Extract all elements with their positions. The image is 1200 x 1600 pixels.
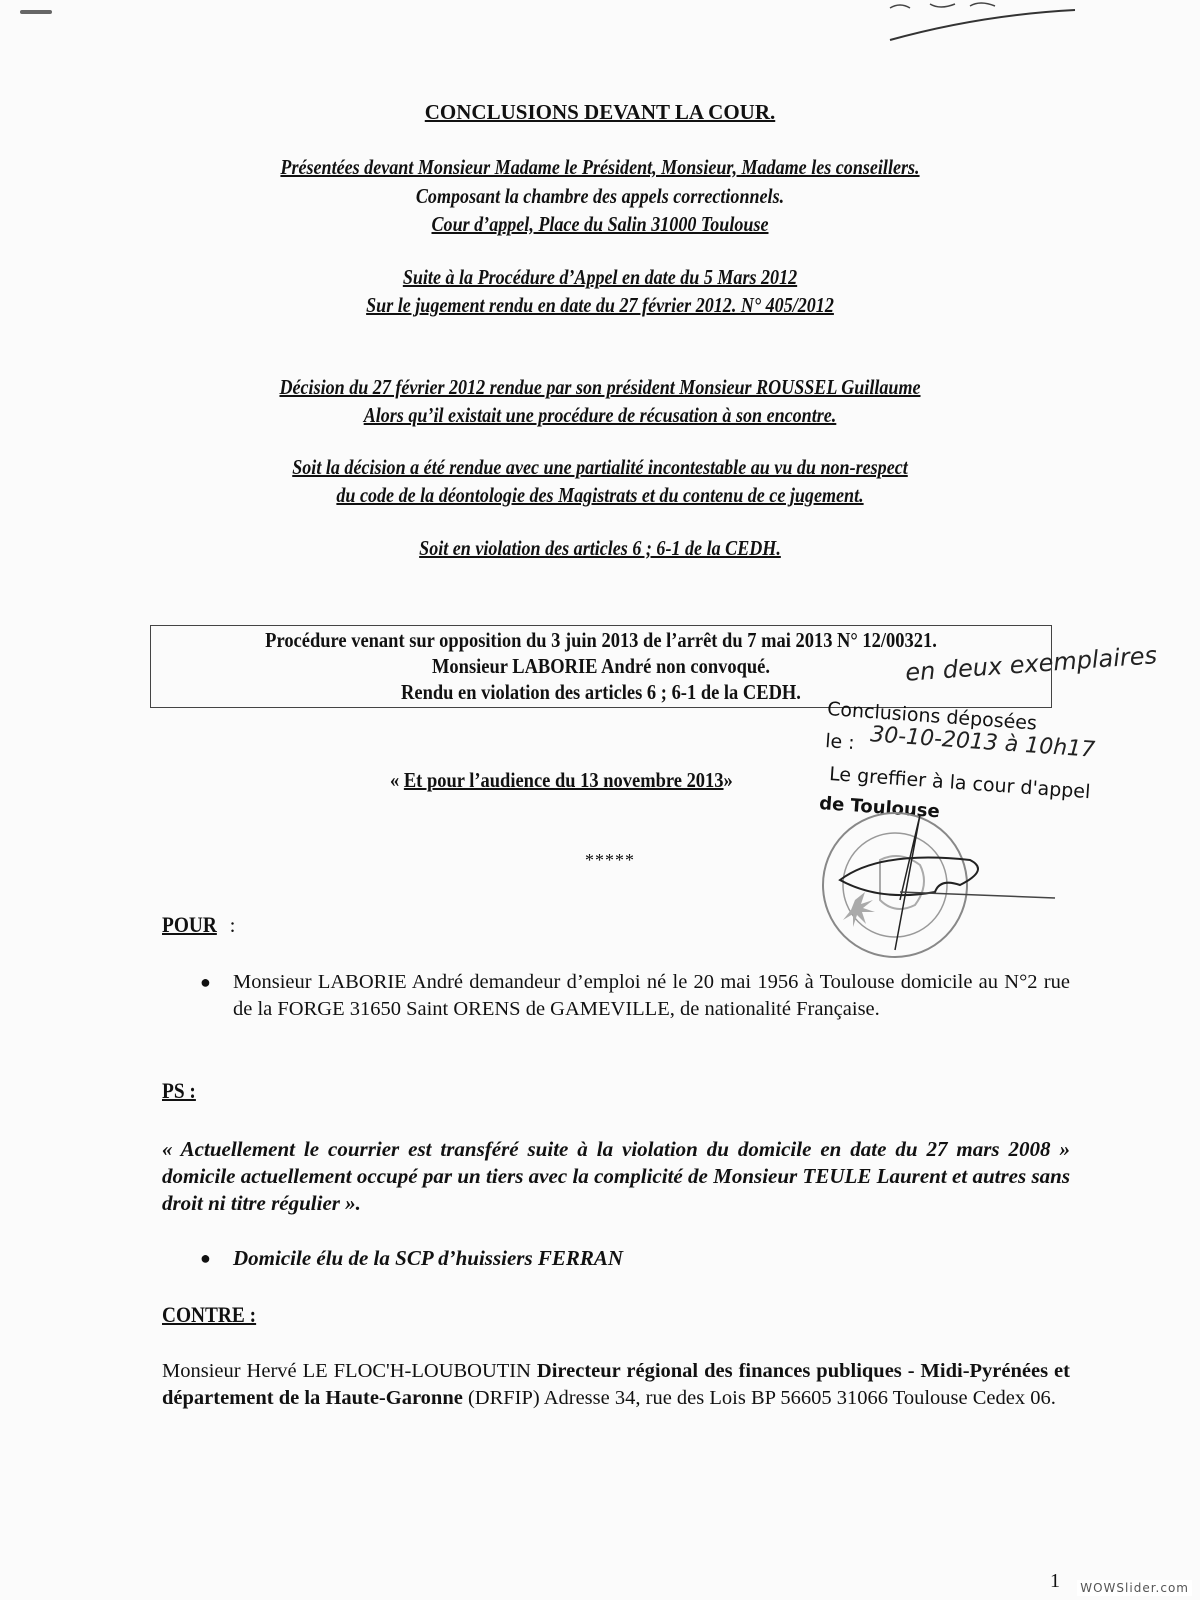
ps-text: « Actuellement le courrier est transféré…: [162, 1136, 1070, 1217]
procedure-line-1: Suite à la Procédure d’Appel en date du …: [84, 265, 1116, 290]
separator: *****: [585, 850, 635, 871]
bullet-icon: ●: [200, 972, 211, 993]
document-title: CONCLUSIONS DEVANT LA COUR.: [0, 100, 1200, 125]
page-number: 1: [1050, 1570, 1060, 1593]
header-line-3: Cour d’appel, Place du Salin 31000 Toulo…: [84, 212, 1116, 237]
stamp-line-2-label: le :: [824, 730, 855, 754]
audience-text: Et pour l’audience du 13 novembre 2013: [404, 768, 724, 792]
boxed-notice-line-1: Procédure venant sur opposition du 3 jui…: [204, 628, 998, 653]
margin-mark: [20, 10, 52, 14]
ps-bullet-text: Domicile élu de la SCP d’huissiers FERRA…: [233, 1245, 623, 1272]
decision-line-2: Alors qu’il existait une procédure de ré…: [84, 403, 1116, 428]
contre-name: Monsieur Hervé LE FLOC'H-LOUBOUTIN: [162, 1360, 537, 1382]
pour-heading: POUR :: [162, 912, 235, 938]
procedure-line-2: Sur le jugement rendu en date du 27 févr…: [84, 293, 1116, 318]
audience-close-quote: »: [724, 768, 733, 792]
ps-heading: PS :: [162, 1078, 196, 1104]
official-seal-icon: [820, 810, 1060, 970]
audience-line: « Et pour l’audience du 13 novembre 2013…: [390, 768, 733, 793]
violation-line: Soit en violation des articles 6 ; 6-1 d…: [84, 536, 1116, 561]
partiality-line-2: du code de la déontologie des Magistrats…: [84, 483, 1116, 508]
partiality-line-1: Soit la décision a été rendue avec une p…: [84, 455, 1116, 480]
contre-heading: CONTRE :: [162, 1302, 256, 1328]
audience-open-quote: «: [390, 768, 399, 792]
pour-bullet-text: Monsieur LABORIE André demandeur d’emplo…: [233, 969, 1070, 1023]
bullet-icon: ●: [200, 1248, 211, 1269]
header-line-1: Présentées devant Monsieur Madame le Pré…: [84, 155, 1116, 180]
contre-text: Monsieur Hervé LE FLOC'H-LOUBOUTIN Direc…: [162, 1358, 1070, 1412]
boxed-notice-line-2: Monsieur LABORIE André non convoqué.: [204, 654, 998, 679]
contre-address: (DRFIP) Adresse 34, rue des Lois BP 5660…: [463, 1387, 1056, 1409]
decision-line-1: Décision du 27 février 2012 rendue par s…: [84, 375, 1116, 400]
watermark: WOWSlider.com: [1077, 1580, 1192, 1596]
handwritten-scribble-icon: [860, 0, 1160, 45]
header-line-2: Composant la chambre des appels correcti…: [84, 184, 1116, 209]
